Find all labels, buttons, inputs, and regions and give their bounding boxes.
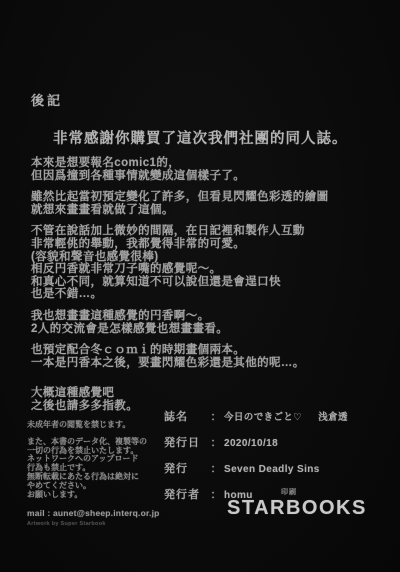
colophon-label: 発行 [164, 460, 208, 476]
afterword-paragraph: 不管在說話加上微妙的間隔，在日記裡和製作人互動 非常輕佻的舉動，我都覺得非常的可… [31, 225, 379, 301]
colophon-row-date: 発行日 ： 2020/10/18 [164, 434, 396, 450]
afterword-paragraph: 本來是想要報名comic1的， 但因爲撞到各種事情就變成這個樣子了。 [31, 157, 379, 182]
afterword-paragraph: 雖然比起當初預定變化了許多，但看見閃耀色彩透的繪圖 就想來畫畫看就做了這個。 [31, 191, 379, 216]
colophon-separator: ： [208, 460, 224, 476]
colophon-label: 発行日 [164, 434, 208, 450]
afterword-paragraph: 我也想畫畫這種感覺的円香啊～。 2人的交流會是怎樣感覺也想畫畫看。 [31, 310, 379, 335]
print-credit: Artwork by Super Starbook [27, 520, 179, 529]
book-title: 今日のできごと♡ [224, 409, 302, 423]
circle-name: Seven Deadly Sins [224, 464, 320, 475]
printer-logo: STARBOOKS [227, 497, 367, 520]
afterword-page: 後記 非常感謝你購買了這次我們社團的同人誌。 本來是想要報名comic1的， 但… [0, 0, 400, 572]
colophon-label: 誌名 [164, 408, 208, 424]
afterword-section: 後記 非常感謝你購買了這次我們社團的同人誌。 本來是想要報名comic1的， 但… [31, 90, 379, 413]
afterword-heading: 後記 [31, 90, 379, 109]
copyright-notice: また、本書のデータ化、複製等の 一切の行為を禁止いたします。 ネットワークへのア… [27, 438, 179, 500]
colophon-separator: ： [208, 486, 224, 502]
legal-notice-block: 未成年者の閲覧を禁じます。 また、本書のデータ化、複製等の 一切の行為を禁止いた… [27, 421, 179, 529]
character-name: 浅倉透 [318, 409, 348, 423]
afterword-lead: 非常感謝你購買了這次我們社團的同人誌。 [53, 127, 379, 148]
colophon-row-title: 誌名 ： 今日のできごと♡ 浅倉透 [164, 408, 396, 424]
afterword-paragraph: 也預定配合冬ｃｏｍｉ的時期畫個兩本。 一本是円香本之後，要畫閃耀色彩還是其他的呢… [31, 344, 379, 369]
colophon-separator: ： [208, 408, 224, 424]
colophon-separator: ： [208, 434, 224, 450]
colophon-label: 発行者 [164, 486, 208, 502]
publication-date: 2020/10/18 [224, 438, 278, 449]
minor-restriction-notice: 未成年者の閲覧を禁じます。 [27, 421, 179, 430]
printing-label: 印刷 [281, 487, 297, 497]
colophon-row-circle: 発行 ： Seven Deadly Sins [164, 460, 396, 476]
mail-address: mail : aunet@sheep.interq.or.jp [27, 509, 179, 518]
